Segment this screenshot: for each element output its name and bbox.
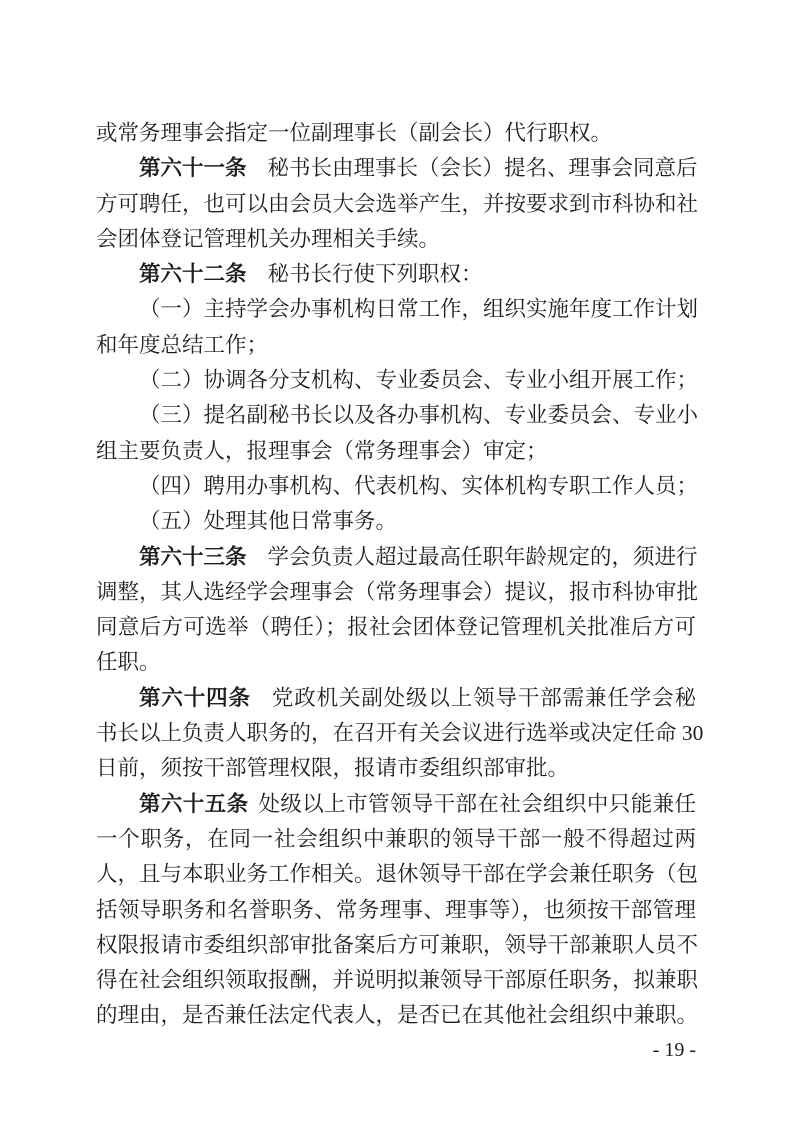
line-text: 方可聘任，也可以由会员大会选举产生，并按要求到市科协和社 [96, 192, 698, 216]
line-text: 书长以上负责人职务的，在召开有关会议进行选举或决定任命 30 [96, 721, 703, 745]
line-text: 秘书长由理事长（会长）提名、理事会同意后 [268, 156, 698, 180]
text-line: 人，且与本职业务工作相关。退休领导干部在学会兼任职务（包 [96, 857, 696, 892]
text-line: 第六十五条处级以上市管领导干部在社会组织中只能兼任 [96, 787, 696, 822]
line-text: 或常务理事会指定一位副理事长（副会长）代行职权。 [96, 121, 612, 145]
line-text: 和年度总结工作； [96, 333, 268, 357]
line-text: 人，且与本职业务工作相关。退休领导干部在学会兼任职务（包 [96, 862, 698, 886]
line-text: 秘书长行使下列职权： [268, 262, 483, 286]
text-line: 第六十二条秘书长行使下列职权： [96, 257, 696, 292]
article-number: 第六十三条 [139, 545, 247, 569]
text-line: 同意后方可选举（聘任）；报社会团体登记管理机关批准后方可 [96, 610, 696, 645]
text-line: 组主要负责人，报理事会（常务理事会）审定； [96, 434, 696, 469]
line-text: 调整，其人选经学会理事会（常务理事会）提议，报市科协审批 [96, 580, 698, 604]
line-text: 党政机关副处级以上领导干部需兼任学会秘 [272, 686, 696, 710]
line-text: 组主要负责人，报理事会（常务理事会）审定； [96, 439, 548, 463]
line-text: 学会负责人超过最高任职年龄规定的，须进行 [268, 545, 698, 569]
line-text: 处级以上市管领导干部在社会组织中只能兼任 [258, 792, 696, 816]
text-line: 第六十四条党政机关副处级以上领导干部需兼任学会秘 [96, 681, 696, 716]
text-line: 括领导职务和名誉职务、常务理事、理事等），也须按干部管理 [96, 893, 696, 928]
line-text: （三）提名副秘书长以及各办事机构、专业委员会、专业小 [139, 403, 698, 427]
page-footer: - 19 - [96, 1038, 696, 1062]
article-number: 第六十四条 [139, 686, 251, 710]
line-text: （四）聘用办事机构、代表机构、实体机构专职工作人员； [139, 474, 698, 498]
article-number: 第六十二条 [139, 262, 247, 286]
text-line: 权限报请市委组织部审批备案后方可兼职，领导干部兼职人员不 [96, 928, 696, 963]
line-text: 权限报请市委组织部审批备案后方可兼职，领导干部兼职人员不 [96, 933, 698, 957]
text-line: （一）主持学会办事机构日常工作，组织实施年度工作计划 [96, 292, 696, 327]
line-text: 得在社会组织领取报酬，并说明拟兼领导干部原任职务，拟兼职 [96, 968, 698, 992]
line-text: 会团体登记管理机关办理相关手续。 [96, 227, 440, 251]
line-text: 同意后方可选举（聘任）；报社会团体登记管理机关批准后方可 [96, 615, 696, 639]
text-line: 第六十三条学会负责人超过最高任职年龄规定的，须进行 [96, 540, 696, 575]
text-line: （四）聘用办事机构、代表机构、实体机构专职工作人员； [96, 469, 696, 504]
line-text: 日前，须按干部管理权限，报请市委组织部审批。 [96, 756, 569, 780]
document-body: 或常务理事会指定一位副理事长（副会长）代行职权。第六十一条秘书长由理事长（会长）… [96, 116, 696, 1034]
document-page: 或常务理事会指定一位副理事长（副会长）代行职权。第六十一条秘书长由理事长（会长）… [0, 0, 793, 1122]
text-line: 调整，其人选经学会理事会（常务理事会）提议，报市科协审批 [96, 575, 696, 610]
line-text: 任职。 [96, 650, 161, 674]
article-number: 第六十五条 [139, 792, 248, 816]
text-line: （二）协调各分支机构、专业委员会、专业小组开展工作； [96, 363, 696, 398]
text-line: 会团体登记管理机关办理相关手续。 [96, 222, 696, 257]
article-number: 第六十一条 [139, 156, 247, 180]
line-text: （五）处理其他日常事务。 [139, 509, 397, 533]
text-line: 得在社会组织领取报酬，并说明拟兼领导干部原任职务，拟兼职 [96, 963, 696, 998]
text-line: （三）提名副秘书长以及各办事机构、专业委员会、专业小 [96, 398, 696, 433]
text-line: 第六十一条秘书长由理事长（会长）提名、理事会同意后 [96, 151, 696, 186]
text-line: （五）处理其他日常事务。 [96, 504, 696, 539]
text-line: 的理由，是否兼任法定代表人，是否已在其他社会组织中兼职。 [96, 998, 696, 1033]
line-text: 的理由，是否兼任法定代表人，是否已在其他社会组织中兼职。 [96, 1003, 698, 1027]
text-line: 一个职务，在同一社会组织中兼职的领导干部一般不得超过两 [96, 822, 696, 857]
text-line: 书长以上负责人职务的，在召开有关会议进行选举或决定任命 30 [96, 716, 696, 751]
line-text: 一个职务，在同一社会组织中兼职的领导干部一般不得超过两 [96, 827, 696, 851]
line-text: 括领导职务和名誉职务、常务理事、理事等），也须按干部管理 [96, 898, 696, 922]
page-number: - 19 - [653, 1039, 696, 1061]
line-text: （一）主持学会办事机构日常工作，组织实施年度工作计划 [139, 297, 698, 321]
text-line: 方可聘任，也可以由会员大会选举产生，并按要求到市科协和社 [96, 187, 696, 222]
text-line: 任职。 [96, 645, 696, 680]
text-line: 或常务理事会指定一位副理事长（副会长）代行职权。 [96, 116, 696, 151]
text-line: 和年度总结工作； [96, 328, 696, 363]
text-line: 日前，须按干部管理权限，报请市委组织部审批。 [96, 751, 696, 786]
line-text: （二）协调各分支机构、专业委员会、专业小组开展工作； [139, 368, 698, 392]
